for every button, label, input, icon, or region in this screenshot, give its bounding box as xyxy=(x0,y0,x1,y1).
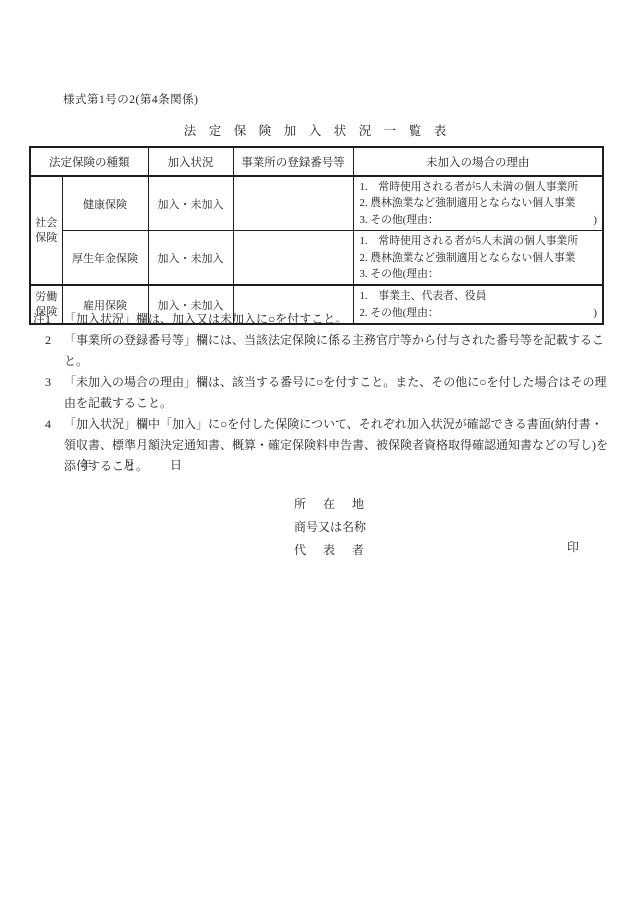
document-page: 様式第1号の2(第4条関係) 法 定 保 険 加 入 状 況 一 覧 表 法定保… xyxy=(0,0,630,915)
note-marker: 4 xyxy=(30,414,51,435)
date-line: 年月日 xyxy=(80,456,182,473)
month-label: 月 xyxy=(123,458,135,472)
address-label: 所 在 地 xyxy=(294,493,367,516)
header-non-enrollment-reason: 未加入の場合の理由 xyxy=(353,147,603,176)
notes-section: 注1 「加入状況」欄は、加入又は未加入に○を付すこと。 2 「事業所の登録番号等… xyxy=(30,309,614,477)
company-name-label: 商号又は名称 xyxy=(294,516,367,539)
note-item: 2 「事業所の登録番号等」欄には、当該法定保険に係る主務官庁等から付与された番号… xyxy=(30,330,614,372)
table-header-row: 法定保険の種類 加入状況 事業所の登録番号等 未加入の場合の理由 xyxy=(30,147,603,176)
status-health: 加入・未加入 xyxy=(148,176,233,231)
reason-line: 3. その他(理由： xyxy=(360,266,598,282)
document-title: 法 定 保 険 加 入 状 況 一 覧 表 xyxy=(0,121,630,139)
reason-line: 2. 農林漁業など強制適用とならない個人事業 xyxy=(360,250,598,266)
representative-label: 代 表 者 xyxy=(294,539,367,562)
note-marker: 注1 xyxy=(30,309,51,330)
table-row-health-insurance: 社会保険 健康保険 加入・未加入 1. 常時使用される者が5人未満の個人事業所 … xyxy=(30,176,603,231)
insurance-name-pension: 厚生年金保険 xyxy=(62,231,148,286)
reason-line: 2. 農林漁業など強制適用とならない個人事業 xyxy=(360,195,598,211)
reason-line: 3. その他(理由：) xyxy=(360,212,598,228)
note-text: 「加入状況」欄は、加入又は未加入に○を付すこと。 xyxy=(64,309,614,330)
note-item: 注1 「加入状況」欄は、加入又は未加入に○を付すこと。 xyxy=(30,309,614,330)
note-text: 「未加入の場合の理由」欄は、該当する番号に○を付すこと。また、その他に○を付した… xyxy=(64,372,614,414)
note-marker: 3 xyxy=(30,372,51,393)
status-pension: 加入・未加入 xyxy=(148,231,233,286)
note-item: 3 「未加入の場合の理由」欄は、該当する番号に○を付すこと。また、その他に○を付… xyxy=(30,372,614,414)
reason-line: 1. 常時使用される者が5人未満の個人事業所 xyxy=(360,233,598,249)
header-enrollment-status: 加入状況 xyxy=(148,147,233,176)
header-registration-number: 事業所の登録番号等 xyxy=(233,147,353,176)
insurance-status-table: 法定保険の種類 加入状況 事業所の登録番号等 未加入の場合の理由 社会保険 健康… xyxy=(29,146,604,325)
reasons-health: 1. 常時使用される者が5人未満の個人事業所 2. 農林漁業など強制適用とならな… xyxy=(353,176,603,231)
day-label: 日 xyxy=(170,458,182,472)
seal-label: 印 xyxy=(567,538,579,555)
reason-line: 1. 常時使用される者が5人未満の個人事業所 xyxy=(360,179,598,195)
form-number: 様式第1号の2(第4条関係) xyxy=(63,91,198,107)
header-insurance-type: 法定保険の種類 xyxy=(30,147,148,176)
signature-block: 所 在 地 商号又は名称 代 表 者 xyxy=(294,493,367,562)
note-text: 「事業所の登録番号等」欄には、当該法定保険に係る主務官庁等から付与された番号等を… xyxy=(64,330,614,372)
registration-number-health-field xyxy=(233,176,353,231)
insurance-name-health: 健康保険 xyxy=(62,176,148,231)
table-row-pension-insurance: 厚生年金保険 加入・未加入 1. 常時使用される者が5人未満の個人事業所 2. … xyxy=(30,231,603,286)
category-social-insurance: 社会保険 xyxy=(30,176,62,285)
reasons-pension: 1. 常時使用される者が5人未満の個人事業所 2. 農林漁業など強制適用とならな… xyxy=(353,231,603,286)
reason-line: 1. 事業主、代表者、役員 xyxy=(360,288,598,304)
registration-number-pension-field xyxy=(233,231,353,286)
year-label: 年 xyxy=(80,458,92,472)
note-marker: 2 xyxy=(30,330,51,351)
